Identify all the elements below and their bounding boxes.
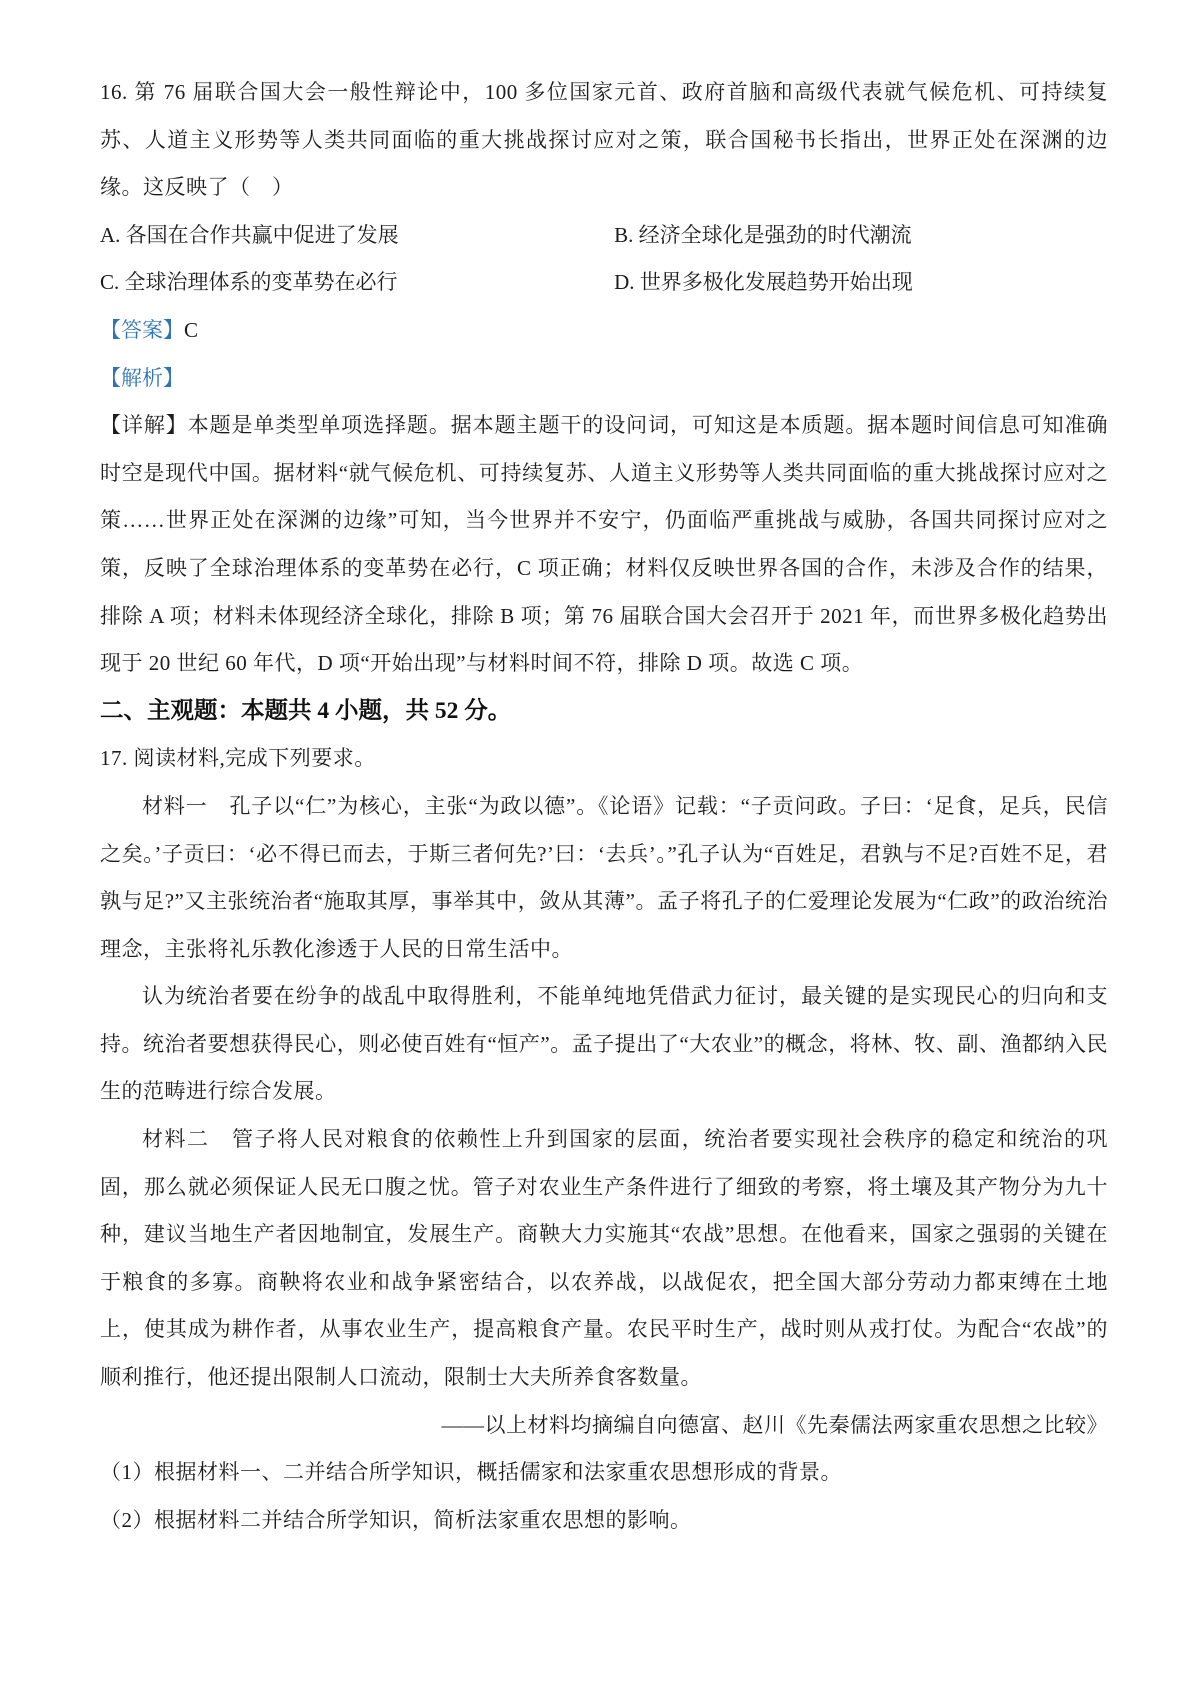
material-source-attribution: ——以上材料均摘编自向德富、赵川《先秦儒法两家重农思想之比较》: [100, 1402, 1108, 1450]
options-row-cd: C. 全球治理体系的变革势在必行 D. 世界多极化发展趋势开始出现: [100, 259, 1108, 307]
material-2-paragraph: 材料二 管子将人民对粮食的依赖性上升到国家的层面，统治者要实现社会秩序的稳定和统…: [100, 1116, 1108, 1402]
answer-line: 【答案】C: [100, 307, 1108, 355]
question-16-explanation: 【详解】本题是单类型单项选择题。据本题主题干的设问词，可知这是本质题。据本题时间…: [100, 402, 1108, 688]
detail-text: 本题是单类型单项选择题。据本题主题干的设问词，可知这是本质题。据本题时间信息可知…: [100, 413, 1108, 675]
question-16-options: A. 各国在合作共赢中促进了发展 B. 经济全球化是强劲的时代潮流 C. 全球治…: [100, 212, 1108, 307]
question-17-intro: 17. 阅读材料,完成下列要求。: [100, 735, 1108, 783]
options-row-ab: A. 各国在合作共赢中促进了发展 B. 经济全球化是强劲的时代潮流: [100, 212, 1108, 260]
material-1-paragraph-2: 认为统治者要在纷争的战乱中取得胜利，不能单纯地凭借武力征讨，最关键的是实现民心的…: [100, 973, 1108, 1116]
material-1-paragraph-1: 材料一 孔子以“仁”为核心，主张“为政以德”。《论语》记载：“子贡问政。子曰：‘…: [100, 783, 1108, 973]
answer-label: 【答案】: [100, 318, 184, 342]
exam-document-page: 16. 第 76 届联合国大会一般性辩论中，100 多位国家元首、政府首脑和高级…: [0, 0, 1200, 1698]
analysis-label: 【解析】: [100, 366, 184, 390]
question-17-subquestion-1: （1）根据材料一、二并结合所学知识，概括儒家和法家重农思想形成的背景。: [100, 1449, 1108, 1497]
analysis-line: 【解析】: [100, 355, 1108, 403]
question-17-subquestion-2: （2）根据材料二并结合所学知识，简析法家重农思想的影响。: [100, 1497, 1108, 1545]
option-a: A. 各国在合作共赢中促进了发展: [100, 212, 614, 260]
detail-label: 【详解】: [100, 413, 188, 437]
option-c: C. 全球治理体系的变革势在必行: [100, 259, 614, 307]
section-2-heading: 二、主观题：本题共 4 小题，共 52 分。: [100, 688, 1108, 736]
option-b: B. 经济全球化是强劲的时代潮流: [614, 212, 1108, 260]
answer-value: C: [184, 318, 198, 342]
option-d: D. 世界多极化发展趋势开始出现: [614, 259, 1108, 307]
question-16-stem: 16. 第 76 届联合国大会一般性辩论中，100 多位国家元首、政府首脑和高级…: [100, 69, 1108, 212]
